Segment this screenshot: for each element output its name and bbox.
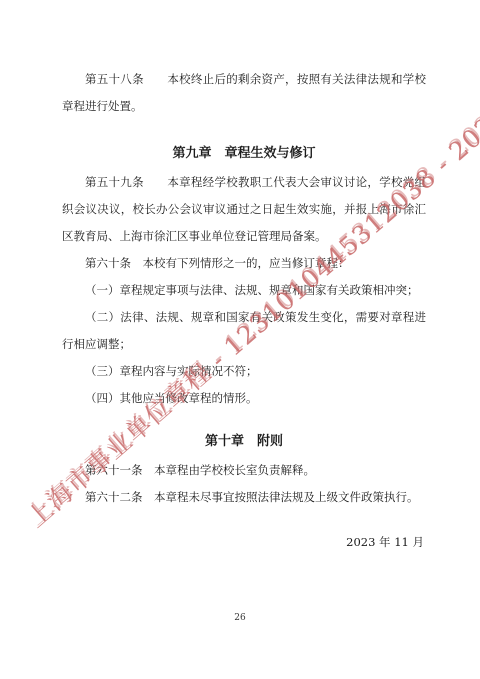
document-page: 第五十八条 本校终止后的剩余资产，按照有关法律法规和学校章程进行处置。 第九章 … xyxy=(0,0,480,679)
document-date: 2023 年 11 月 xyxy=(62,529,424,556)
document-body: 第五十八条 本校终止后的剩余资产，按照有关法律法规和学校章程进行处置。 第九章 … xyxy=(62,66,426,556)
clause-60: 第六十条 本校有下列情形之一的，应当修订章程： xyxy=(62,250,426,277)
clause-60-item-1: （一）章程规定事项与法律、法规、规章和国家有关政策相冲突； xyxy=(62,277,426,304)
chapter-9-heading: 第九章 章程生效与修订 xyxy=(62,140,426,167)
clause-58: 第五十八条 本校终止后的剩余资产，按照有关法律法规和学校章程进行处置。 xyxy=(62,66,426,120)
chapter-10-heading: 第十章 附则 xyxy=(62,428,426,455)
clause-60-item-2: （二）法律、法规、规章和国家有关政策发生变化，需要对章程进行相应调整； xyxy=(62,304,426,358)
clause-59: 第五十九条 本章程经学校教职工代表大会审议讨论，学校党组织会议决议，校长办公会议… xyxy=(62,169,426,250)
clause-62: 第六十二条 本章程未尽事宜按照法律法规及上级文件政策执行。 xyxy=(62,484,426,511)
clause-61: 第六十一条 本章程由学校校长室负责解释。 xyxy=(62,457,426,484)
clause-60-item-4: （四）其他应当修改章程的情形。 xyxy=(62,385,426,412)
page-number: 26 xyxy=(0,613,480,623)
clause-60-item-3: （三）章程内容与实际情况不符； xyxy=(62,358,426,385)
